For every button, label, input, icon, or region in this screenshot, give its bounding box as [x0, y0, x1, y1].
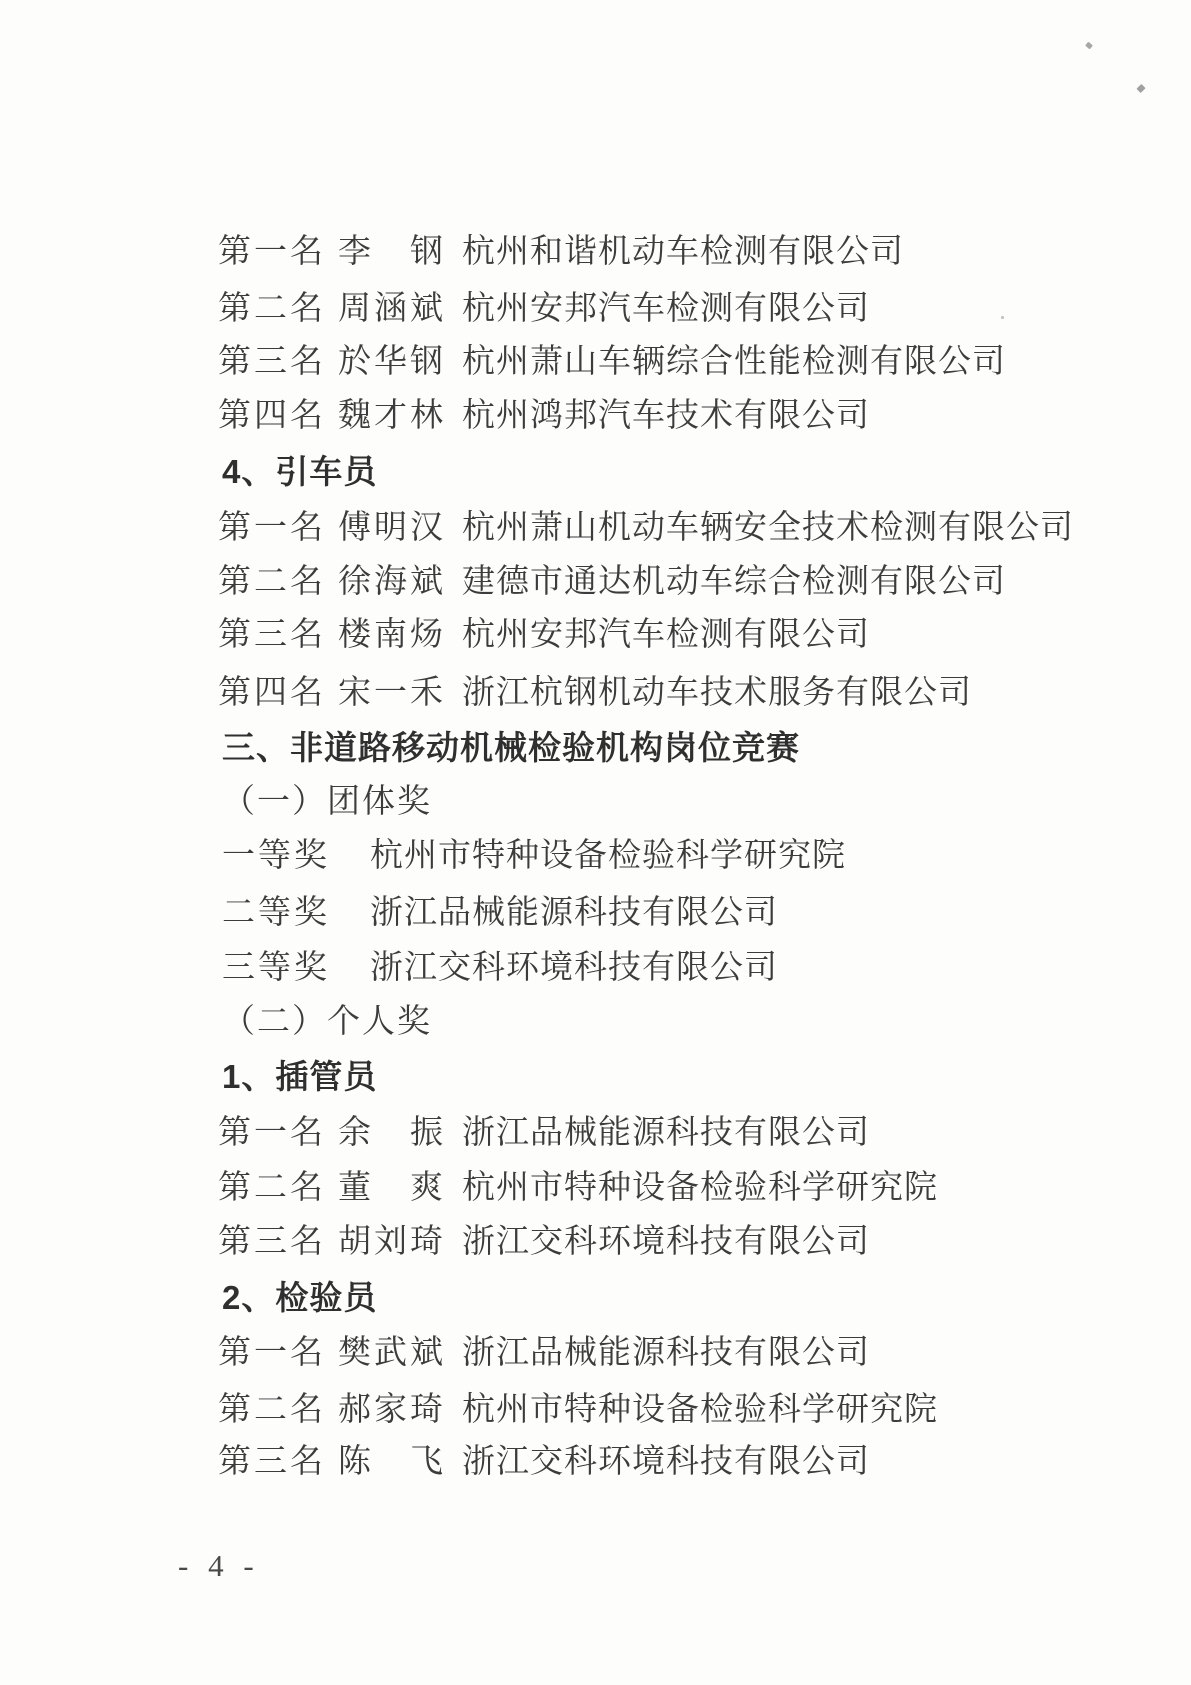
section-heading: 1、插管员	[0, 1051, 1191, 1103]
company-name: 杭州萧山机动车辆安全技术检测有限公司	[462, 502, 1074, 554]
company-name: 浙江交科环境科技有限公司	[462, 1436, 870, 1488]
rank-cell: 第三名	[218, 336, 326, 388]
scan-speck-icon	[1085, 42, 1093, 50]
company-name: 杭州鸿邦汽车技术有限公司	[462, 390, 870, 442]
award-row: 第三名 胡刘琦 浙江交科环境科技有限公司	[0, 1216, 1191, 1268]
company-name: 浙江交科环境科技有限公司	[370, 942, 778, 994]
rank-cell: 第三名	[218, 609, 326, 661]
rank-cell: 第一名	[218, 502, 326, 554]
award-label: 三等奖	[222, 942, 330, 994]
award-row: 第三名 陈 飞 浙江交科环境科技有限公司	[0, 1436, 1191, 1488]
company-name: 杭州萧山车辆综合性能检测有限公司	[462, 336, 1006, 388]
award-row: 第一名 傅明汉 杭州萧山机动车辆安全技术检测有限公司	[0, 502, 1191, 554]
rank-cell: 第一名	[218, 226, 326, 278]
rank-cell: 第二名	[218, 1384, 326, 1436]
section-heading-text: 4、引车员	[222, 446, 377, 498]
winner-name: 樊武斌	[338, 1327, 446, 1379]
scan-speck-icon	[1001, 316, 1004, 319]
winner-name: 周涵斌	[338, 283, 446, 335]
award-row: 第一名 李 钢 杭州和谐机动车检测有限公司	[0, 226, 1191, 278]
award-row: 第一名 樊武斌 浙江品械能源科技有限公司	[0, 1327, 1191, 1379]
company-name: 杭州市特种设备检验科学研究院	[462, 1384, 938, 1436]
sub-heading-text: （二）个人奖	[222, 996, 432, 1048]
winner-name: 徐海斌	[338, 556, 446, 608]
document-page: 第一名 李 钢 杭州和谐机动车检测有限公司 第二名 周涵斌 杭州安邦汽车检测有限…	[0, 0, 1191, 1685]
award-row: 第三名 於华钢 杭州萧山车辆综合性能检测有限公司	[0, 336, 1191, 388]
rank-cell: 第三名	[218, 1216, 326, 1268]
sub-heading: （一）团体奖	[0, 776, 1191, 828]
winner-name: 余 振	[338, 1107, 446, 1159]
company-name: 杭州安邦汽车检测有限公司	[462, 609, 870, 661]
scan-speck-icon	[1136, 84, 1145, 93]
winner-name: 陈 飞	[338, 1436, 446, 1488]
company-name: 建德市通达机动车综合检测有限公司	[462, 556, 1006, 608]
award-label: 二等奖	[222, 887, 330, 939]
rank-cell: 第四名	[218, 390, 326, 442]
winner-name: 郝家琦	[338, 1384, 446, 1436]
company-name: 浙江品械能源科技有限公司	[462, 1107, 870, 1159]
award-row: 第二名 周涵斌 杭州安邦汽车检测有限公司	[0, 283, 1191, 335]
company-name: 浙江品械能源科技有限公司	[370, 887, 778, 939]
award-row: 第二名 董 爽 杭州市特种设备检验科学研究院	[0, 1162, 1191, 1214]
winner-name: 董 爽	[338, 1162, 446, 1214]
award-row: 三等奖 浙江交科环境科技有限公司	[0, 942, 1191, 994]
company-name: 杭州市特种设备检验科学研究院	[370, 830, 846, 882]
rank-cell: 第一名	[218, 1107, 326, 1159]
rank-cell: 第一名	[218, 1327, 326, 1379]
award-row: 一等奖 杭州市特种设备检验科学研究院	[0, 830, 1191, 882]
award-row: 第四名 魏才林 杭州鸿邦汽车技术有限公司	[0, 390, 1191, 442]
rank-cell: 第二名	[218, 1162, 326, 1214]
company-name: 杭州安邦汽车检测有限公司	[462, 283, 870, 335]
company-name: 杭州市特种设备检验科学研究院	[462, 1162, 938, 1214]
rank-cell: 第二名	[218, 283, 326, 335]
company-name: 浙江品械能源科技有限公司	[462, 1327, 870, 1379]
award-row: 第三名 楼南炀 杭州安邦汽车检测有限公司	[0, 609, 1191, 661]
award-label: 一等奖	[222, 830, 330, 882]
company-name: 浙江交科环境科技有限公司	[462, 1216, 870, 1268]
chapter-heading-text: 三、非道路移动机械检验机构岗位竞赛	[222, 722, 800, 774]
winner-name: 胡刘琦	[338, 1216, 446, 1268]
winner-name: 魏才林	[338, 390, 446, 442]
award-row: 第一名 余 振 浙江品械能源科技有限公司	[0, 1107, 1191, 1159]
winner-name: 宋一禾	[338, 667, 446, 719]
sub-heading-text: （一）团体奖	[222, 776, 432, 828]
award-row: 二等奖 浙江品械能源科技有限公司	[0, 887, 1191, 939]
section-heading: 4、引车员	[0, 446, 1191, 498]
company-name: 浙江杭钢机动车技术服务有限公司	[462, 667, 972, 719]
winner-name: 傅明汉	[338, 502, 446, 554]
section-heading-text: 2、检验员	[222, 1272, 377, 1324]
rank-cell: 第三名	[218, 1436, 326, 1488]
section-heading-text: 1、插管员	[222, 1051, 377, 1103]
award-row: 第二名 郝家琦 杭州市特种设备检验科学研究院	[0, 1384, 1191, 1436]
chapter-heading: 三、非道路移动机械检验机构岗位竞赛	[0, 722, 1191, 774]
winner-name: 李 钢	[338, 226, 446, 278]
company-name: 杭州和谐机动车检测有限公司	[462, 226, 904, 278]
award-row: 第二名 徐海斌 建德市通达机动车综合检测有限公司	[0, 556, 1191, 608]
award-row: 第四名 宋一禾 浙江杭钢机动车技术服务有限公司	[0, 667, 1191, 719]
rank-cell: 第二名	[218, 556, 326, 608]
winner-name: 楼南炀	[338, 609, 446, 661]
sub-heading: （二）个人奖	[0, 996, 1191, 1048]
rank-cell: 第四名	[218, 667, 326, 719]
section-heading: 2、检验员	[0, 1272, 1191, 1324]
winner-name: 於华钢	[338, 336, 446, 388]
page-number: - 4 -	[178, 1548, 260, 1584]
